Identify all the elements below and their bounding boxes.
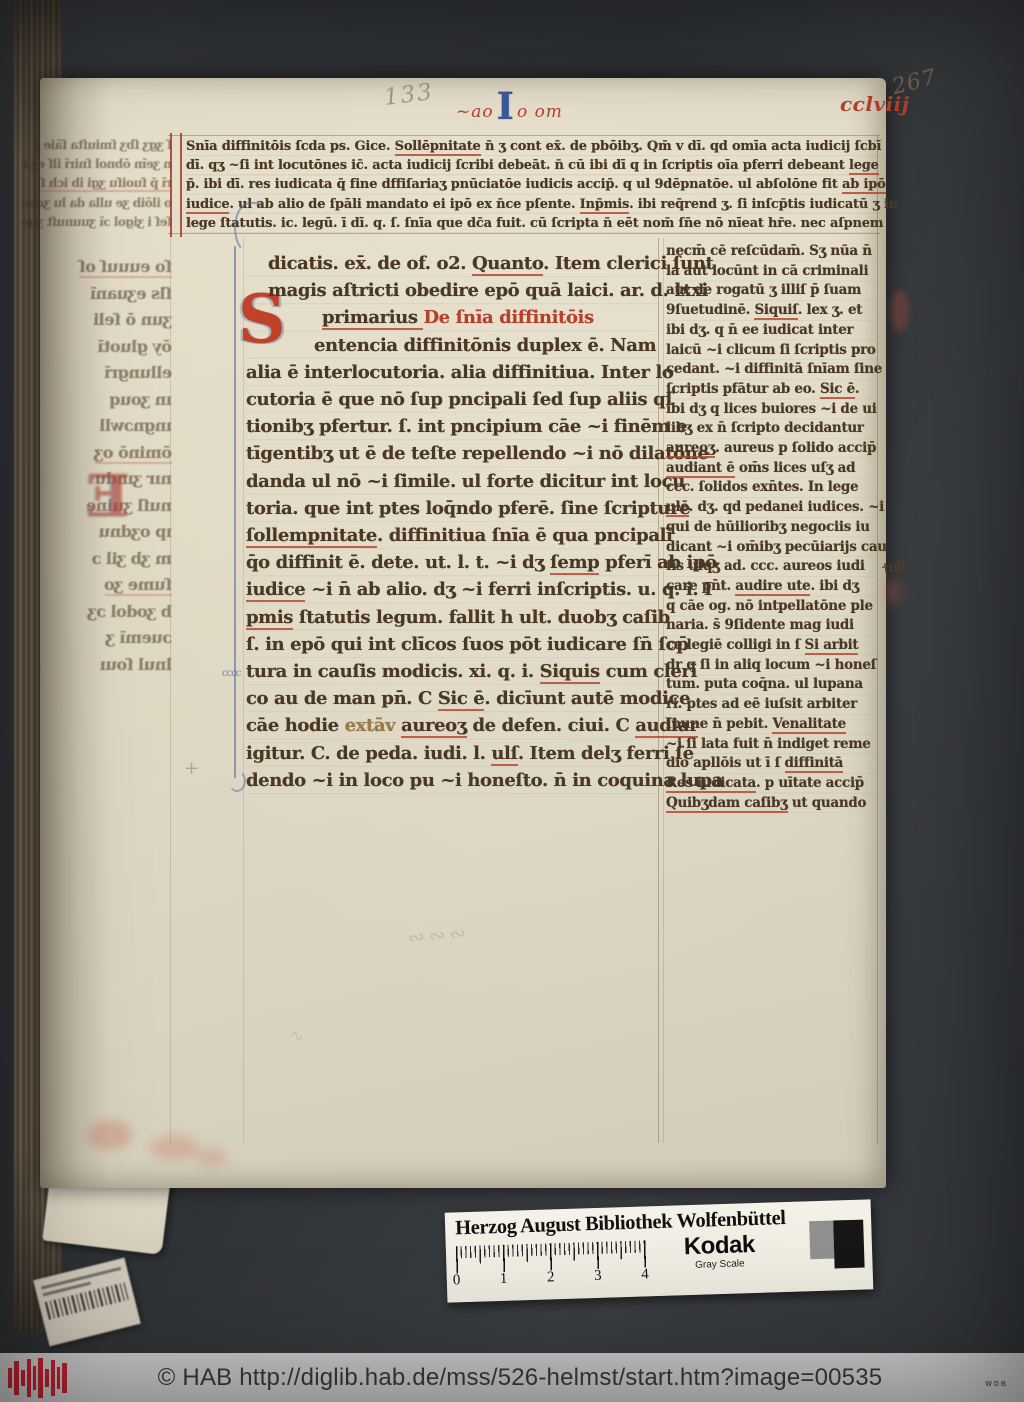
manuscript-line: iudice ~i n̄ ab alio. dʒ ~i ferri inſcri… bbox=[246, 576, 660, 603]
red-border-line bbox=[170, 133, 172, 237]
manuscript-line: toria. que int ptes loq̄ndo pferē. ſine … bbox=[246, 495, 660, 522]
manuscript-line: rī p̄ ſuoiſu ʒgi ib ich ſ bbox=[22, 174, 172, 193]
pencil-foliation-note: 133 bbox=[383, 79, 436, 111]
manuscript-line: naria. s̄ 9ſidente mag iudi bbox=[666, 616, 878, 636]
manuscript-line: m ʒb ʒil ɔ bbox=[22, 546, 172, 573]
manuscript-line: magis aſtricti obedire epō quā laici. ar… bbox=[268, 277, 660, 304]
manuscript-line: libʒ ex n̄ ſcripto decidantur bbox=[666, 419, 878, 439]
manuscript-line: ſis uſqʒ ad. ccc. aureos iudi bbox=[666, 557, 878, 577]
caption-url-text: © HAB http://diglib.hab.de/mss/526-helms… bbox=[120, 1353, 920, 1402]
manuscript-photo: ſ ʒgʒ ſbʒ ſmiuſta ſāie ſn ʒeīn ōbnol ſni… bbox=[0, 0, 1024, 1402]
manuscript-line: cedant. ~i diffinitā ſnīam ſine bbox=[666, 360, 878, 380]
manuscript-line: cāe hodie extāv aureoʒ de defen. ciui. C… bbox=[246, 712, 660, 739]
manuscript-line: pmis ſtatutis legum. fallit h ult. duobʒ… bbox=[246, 604, 660, 631]
manuscript-line: ~i ſi lata fuit n̄ indiget reme bbox=[666, 735, 878, 755]
manuscript-line: o ilōib ʒe ulla da lu ʒoiadu bbox=[22, 194, 172, 213]
manuscript-line: dicant ~i om̄ibʒ pecūiarijs cau bbox=[666, 538, 878, 558]
margin-nota-mark: †oll bbox=[881, 558, 907, 578]
hab-logo bbox=[8, 1357, 78, 1398]
label-barcode bbox=[45, 1282, 129, 1319]
caption-bar: © HAB http://diglib.hab.de/mss/526-helms… bbox=[0, 1353, 1024, 1402]
manuscript-line: alia ē interlocutoria. alia diffinitiua.… bbox=[246, 359, 660, 386]
manuscript-line: b ʒodol ɔʒ bbox=[22, 599, 172, 626]
ruling-line bbox=[168, 233, 880, 234]
manuscript-line: ſollempnitate. diffinitiua ſnīa ē qua pn… bbox=[246, 522, 660, 549]
manuscript-line: ſo euuuſ oſ bbox=[22, 254, 172, 281]
ruling-line bbox=[168, 135, 880, 136]
running-title-initial: I bbox=[497, 92, 514, 122]
black-patch bbox=[833, 1220, 864, 1269]
showthrough-text: ſ ʒgʒ ſbʒ ſmiuſta ſāie ſn ʒeīn ōbnol ſni… bbox=[22, 136, 172, 678]
running-title-flourish-left: ~ao bbox=[456, 102, 494, 122]
manuscript-line: tīgentibʒ ut ē de teſte repellendo ~i nō… bbox=[246, 440, 660, 467]
red-stain bbox=[891, 290, 909, 332]
manuscript-line: q̄o diffinit ē. dete. ut. l. t. ~i dʒ ſe… bbox=[246, 549, 660, 576]
right-text-column: necm̄ cē reſcūdam̄. Sʒ nūa n̄la aut locū… bbox=[666, 242, 878, 813]
red-border-line bbox=[180, 133, 182, 237]
manuscript-line: ſume ʒo bbox=[22, 572, 172, 599]
manuscript-line: dio apllōis ut ī ſ diffinitā bbox=[666, 754, 878, 774]
manuscript-line: la aut locūnt in cā criminali bbox=[666, 262, 878, 282]
manuscript-line: ri. ptes ad eē iuſsit arbiter bbox=[666, 695, 878, 715]
manuscript-line: Snīa diffinitōis ſcda ps. Gice. Sollēpni… bbox=[186, 137, 880, 156]
manuscript-page: ſ ʒgʒ ſbʒ ſmiuſta ſāie ſn ʒeīn ōbnol ſni… bbox=[40, 78, 886, 1188]
manuscript-line: ſpune n̄ pebit. Venalitate bbox=[666, 715, 878, 735]
ruling-line bbox=[170, 135, 171, 1143]
manuscript-line: lnul ſouı bbox=[22, 652, 172, 679]
gray-patch bbox=[809, 1221, 834, 1260]
kodak-brand-block: Kodak Gray Scale bbox=[684, 1233, 756, 1271]
red-stain bbox=[88, 1120, 132, 1150]
ruler-number: 0 bbox=[453, 1272, 461, 1289]
manuscript-line: cutoria ē que nō ſup pncipali ſed ſup al… bbox=[246, 386, 660, 413]
manuscript-line: care pn̄t. audire ute. ibi dʒ bbox=[666, 577, 878, 597]
manuscript-line: Res iudicata. p uītate accip̄ bbox=[666, 774, 878, 794]
manuscript-line: n ʒeīn ōbnol ſnirī ilſ eʒ ib bbox=[22, 155, 172, 174]
manuscript-line: tura in cauſis modicis. xi. q. i. Siquis… bbox=[246, 658, 660, 685]
manuscript-line: iudice. ul ab alio de ſpāli mandato ei i… bbox=[186, 195, 880, 214]
manuscript-line: dī. qʒ ~ſi int locutōnes ic̄. acta iudic… bbox=[186, 156, 880, 175]
pencil-scribble: ∾∾∾ bbox=[407, 920, 471, 949]
kodak-brand: Kodak bbox=[684, 1233, 756, 1259]
corner-mark: WDB bbox=[985, 1381, 1008, 1388]
kodak-gray-scale-label: Gray Scale bbox=[684, 1258, 755, 1271]
blue-margin-mark: cccc bbox=[222, 668, 240, 679]
manuscript-line: aut de rogatū ʒ illiſ p̄ ſuam bbox=[666, 281, 878, 301]
ruler-number: 4 bbox=[641, 1266, 649, 1283]
manuscript-line: q cāe og. nō intpellatōne ple bbox=[666, 597, 878, 617]
manuscript-line: ibi dʒ q lices buiores ~i de ui bbox=[666, 400, 878, 420]
showthrough-initial: E bbox=[86, 462, 130, 530]
manuscript-line: dendo ~i in loco pu ~i honeſto. n̄ in co… bbox=[246, 767, 660, 794]
left-text-column: dicatis. ex̄. de of. o2. Quanto. Item cl… bbox=[246, 250, 660, 794]
showthrough-top-lines: ſ ʒgʒ ſbʒ ſmiuſta ſāie ſn ʒeīn ōbnol ſni… bbox=[22, 136, 172, 232]
manuscript-line: entencia diffinitōnis duplex ē. Nam bbox=[314, 332, 660, 359]
manuscript-line: 9ſuetudinē. Siquiſ. lex ʒ. et bbox=[666, 301, 878, 321]
pencil-scribble: ∿ bbox=[290, 1026, 303, 1045]
manuscript-line: dicatis. ex̄. de of. o2. Quanto. Item cl… bbox=[268, 250, 660, 277]
manuscript-line: audiant ē om̄s lices uſʒ ad bbox=[666, 459, 878, 479]
kodak-ruler-label: Herzog August Bibliothek Wolfenbüttel 0 … bbox=[445, 1199, 874, 1302]
manuscript-line: ſcriptis pfātur ab eo. Sic ē. bbox=[666, 380, 878, 400]
manuscript-line: tum. puta coq̄na. ul lupana bbox=[666, 675, 878, 695]
manuscript-line: ın ʒouq bbox=[22, 387, 172, 414]
library-name-label: Herzog August Bibliothek Wolfenbüttel bbox=[455, 1205, 862, 1241]
manuscript-line: danda ul nō ~i ſimile. ul forte dicitur … bbox=[246, 468, 660, 495]
manuscript-line: co au de man pn̄. C Sic ē. dicīunt autē … bbox=[246, 685, 660, 712]
running-title: ~ao I o om bbox=[456, 92, 563, 122]
manuscript-line: primarius De ſnīa diffinitōis bbox=[322, 304, 660, 331]
manuscript-line: dr q ſi in aliq locum ~i honeſ bbox=[666, 656, 878, 676]
running-title-flourish-right: o om bbox=[517, 102, 563, 122]
manuscript-line: aureoʒ. aureus p ſolido accip̄ bbox=[666, 439, 878, 459]
manuscript-line: ʒun ō ſeli bbox=[22, 307, 172, 334]
manuscript-line: ce legiē colligi in ſ Si arbit bbox=[666, 636, 878, 656]
manuscript-line: Quibʒdam caſibʒ ut quando bbox=[666, 794, 878, 814]
folio-number-red: cclviij bbox=[840, 92, 910, 116]
manuscript-line: igitur. C. de peda. iudi. l. ulſ. Item d… bbox=[246, 740, 660, 767]
manuscript-line: ſls eʒuanī bbox=[22, 281, 172, 308]
manuscript-line: ſ ʒgʒ ſbʒ ſmiuſta ſāie ſ bbox=[22, 136, 172, 155]
ruler-number: 3 bbox=[594, 1268, 602, 1285]
manuscript-line: ſ. in epō qui int clīcos ſuos pōt iudica… bbox=[246, 631, 660, 658]
manuscript-line: p̄. ibi dī. res iudicata q̄ fine dffiſar… bbox=[186, 175, 880, 194]
manuscript-line: qui de hūilioribʒ negociis iu bbox=[666, 518, 878, 538]
red-stain bbox=[884, 578, 902, 606]
manuscript-line: ıngnɔwll bbox=[22, 413, 172, 440]
gray-scale-patches bbox=[809, 1220, 864, 1270]
red-stain bbox=[195, 1148, 227, 1166]
ruler-number: 1 bbox=[500, 1271, 508, 1288]
manuscript-line: tionibʒ pfertur. ſ. int pncipium cāe ~i … bbox=[246, 413, 660, 440]
red-stain bbox=[150, 1135, 198, 1161]
ruler-number: 2 bbox=[547, 1269, 555, 1286]
manuscript-line: ccc. ſolidos exn̄tes. In lege bbox=[666, 478, 878, 498]
top-text-block: Snīa diffinitōis ſcda ps. Gice. Sollēpni… bbox=[186, 137, 880, 233]
pencil-mark: + bbox=[184, 758, 199, 779]
manuscript-line: ibi dʒ. q n̄ ee iudicat inter bbox=[666, 321, 878, 341]
manuscript-line: ōy gluotī bbox=[22, 334, 172, 361]
manuscript-line: ſeſ i ʒigol ɔī ʒuunuſt ʒgol bbox=[22, 213, 172, 232]
manuscript-line: ulē. dʒ. qd pedanei iudices. ~i bbox=[666, 498, 878, 518]
manuscript-line: necm̄ cē reſcūdam̄. Sʒ nūa n̄ bbox=[666, 242, 878, 262]
manuscript-line: lege ſtatutis. ic. legū. ī dī. q. ſ. ſnī… bbox=[186, 214, 880, 233]
manuscript-line: ɔuemī ʒ bbox=[22, 625, 172, 652]
manuscript-line: laicū ~i clicum ſi ſcriptis pro bbox=[666, 341, 878, 361]
manuscript-line: ellungrī bbox=[22, 360, 172, 387]
